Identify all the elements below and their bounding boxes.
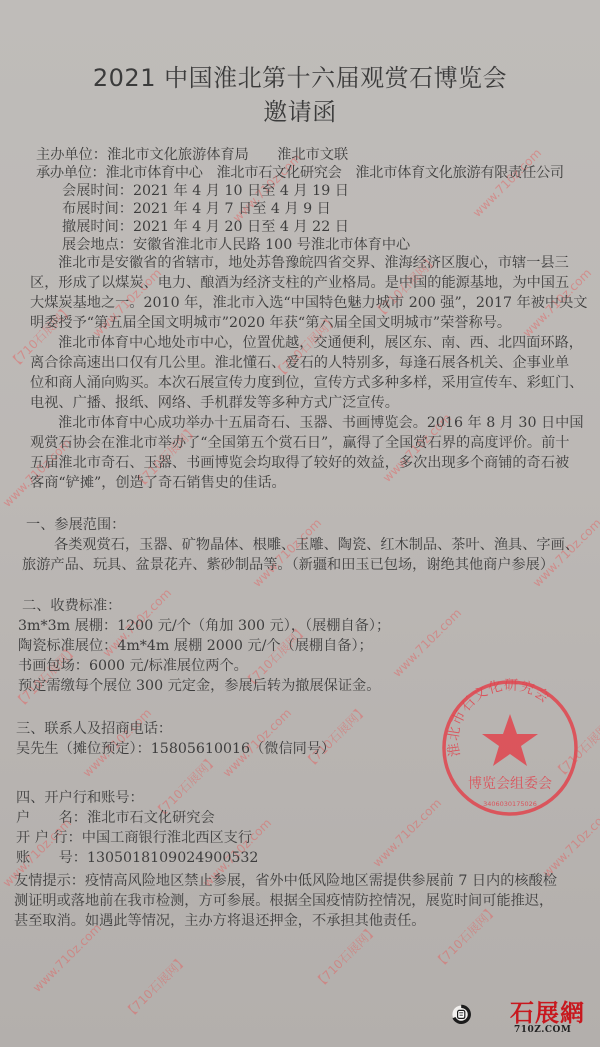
invitation-letter-photo: www.710z.com www.710z.com 【710石展网】 www.7… <box>0 0 600 1047</box>
host-units: 主办单位：淮北市文化旅游体育局 淮北市文联 <box>36 145 348 165</box>
section-line: 陶瓷标准展位：4m*4m 展棚 2000 元/个（展棚自备）； <box>18 636 373 656</box>
account-name: 户 名：淮北市石文化研究会 <box>16 808 215 828</box>
contact-phone: 吴先生（摊位预定）：15805610016（微信同号） <box>16 739 335 759</box>
document-title: 2021 中国淮北第十六届观赏石博览会 <box>0 58 600 93</box>
undertaking-units: 承办单位：淮北市体育中心 淮北市石文化研究会 淮北市体育文化旅游有限责任公司 <box>36 163 564 183</box>
section-heading: 三、联系人及招商电话： <box>16 719 172 739</box>
paragraph-line: 观赏石协会在淮北市举办了“全国第五个赏石日”，赢得了全国赏石界的高度评价。前十 <box>30 433 569 453</box>
seal-star-icon: 淮北市石文化研究会 博览会组委会 3406030175026 <box>440 678 580 818</box>
venue: 展会地点：安徽省淮北市人民路 100 号淮北市体育中心 <box>62 235 410 255</box>
svg-text:3406030175026: 3406030175026 <box>483 800 537 808</box>
watermark-brand: 【710石展网】 <box>120 951 191 1022</box>
notice-line: 友情提示：疫情高风险地区禁止参展，省外中低风险地区需提供参展前 7 日内的核酸检 <box>14 871 557 891</box>
watermark-brand: 【710石展网】 <box>430 901 501 972</box>
section-line: 书画包场：6000 元/标准展位两个。 <box>18 656 248 676</box>
paragraph-line: 电视、广播、报纸、网络、手机群发等多种方式广泛宣传。 <box>30 393 399 413</box>
bank-name: 开 户 行：中国工商银行淮北西区支行 <box>16 828 252 848</box>
paragraph-line: 客商“铲摊”，创造了奇石销售史的佳话。 <box>30 473 286 493</box>
paragraph-line: 淮北市体育中心地处市中心，位置优越，交通便利，展区东、南、西、北四面环路， <box>58 333 583 353</box>
logo-name: 石展網 <box>510 993 585 1028</box>
watermark-brand: 【710石展网】 <box>310 921 381 992</box>
svg-text:博览会组委会: 博览会组委会 <box>468 775 552 792</box>
section-line: 3m*3m 展棚：1200 元/个（角加 300 元），（展棚自备）； <box>18 616 390 636</box>
watermark-url: www.710z.com <box>370 796 444 870</box>
logo-url: 710Z.COM <box>514 1025 571 1035</box>
section-heading: 一、参展范围： <box>26 515 125 535</box>
logo-mark-icon <box>450 988 510 1040</box>
account-number: 账 号：1305018109024900532 <box>16 848 258 868</box>
official-seal: 淮北市石文化研究会 博览会组委会 3406030175026 <box>440 678 580 818</box>
watermark-brand: 【710石展网】 <box>300 701 371 772</box>
section-line: 旅游产品、玩具、盆景花卉、紫砂制品等。（新疆和田玉已包场，谢绝其他商户参展） <box>22 555 554 575</box>
section-heading: 四、开户行和账号： <box>16 788 144 808</box>
section-heading: 二、收费标准： <box>22 596 121 616</box>
notice-line: 甚至取消。如遇此等情况，主办方将退还押金，不承担其他责任。 <box>14 911 425 931</box>
section-line: 各类观赏石，玉器、矿物晶体、根雕、玉雕、陶瓷、红木制品、茶叶、渔具、字画、 <box>54 535 579 555</box>
paragraph-line: 区，形成了以煤炭、电力、酿酒为经济支柱的产业格局。是中国的能源基地，为中国五 <box>30 273 569 293</box>
paragraph-line: 五届淮北市奇石、玉器、书画博览会均取得了较好的效益，多次出现多个商铺的奇石被 <box>30 453 569 473</box>
exhibition-time: 会展时间：2021 年 4 月 10 日至 4 月 19 日 <box>62 181 349 201</box>
document-subtitle: 邀请函 <box>0 92 600 127</box>
paragraph-line: 淮北市是安徽省的省辖市，地处苏鲁豫皖四省交界、淮海经济区腹心，市辖一县三 <box>58 253 569 273</box>
teardown-time: 撤展时间：2021 年 4 月 20 日至 4 月 22 日 <box>62 217 349 237</box>
paragraph-line: 大煤炭基地之一。2010 年，淮北市入选“中国特色魅力城市 200 强”，201… <box>30 293 587 313</box>
notice-line: 测证明或落地前在我市检测，方可参展。根据全国疫情防控情况，展览时间可能推迟， <box>14 891 553 911</box>
watermark-url: www.710z.com <box>30 921 104 995</box>
paragraph-line: 淮北市体育中心成功举办十五届奇石、玉器、书画博览会。2016 年 8 月 30 … <box>58 413 584 433</box>
setup-time: 布展时间：2021 年 4 月 7 日至 4 月 9 日 <box>62 199 331 219</box>
paragraph-line: 离合徐高速出口仅有几公里。淮北懂石、爱石的人特别多，每逢石展各机关、企事业单 <box>30 353 569 373</box>
section-line: 预定需缴每个展位 300 元定金，参展后转为撤展保证金。 <box>18 676 380 696</box>
paragraph-line: 位和商人涌向购买。本次石展宣传力度到位，宣传方式多种多样，采用宣传车、彩虹门、 <box>30 373 583 393</box>
watermark-url: www.710z.com <box>390 606 464 680</box>
paragraph-line: 明委授予“第五届全国文明城市”2020 年获“第六届全国文明城市”荣誉称号。 <box>30 313 511 333</box>
